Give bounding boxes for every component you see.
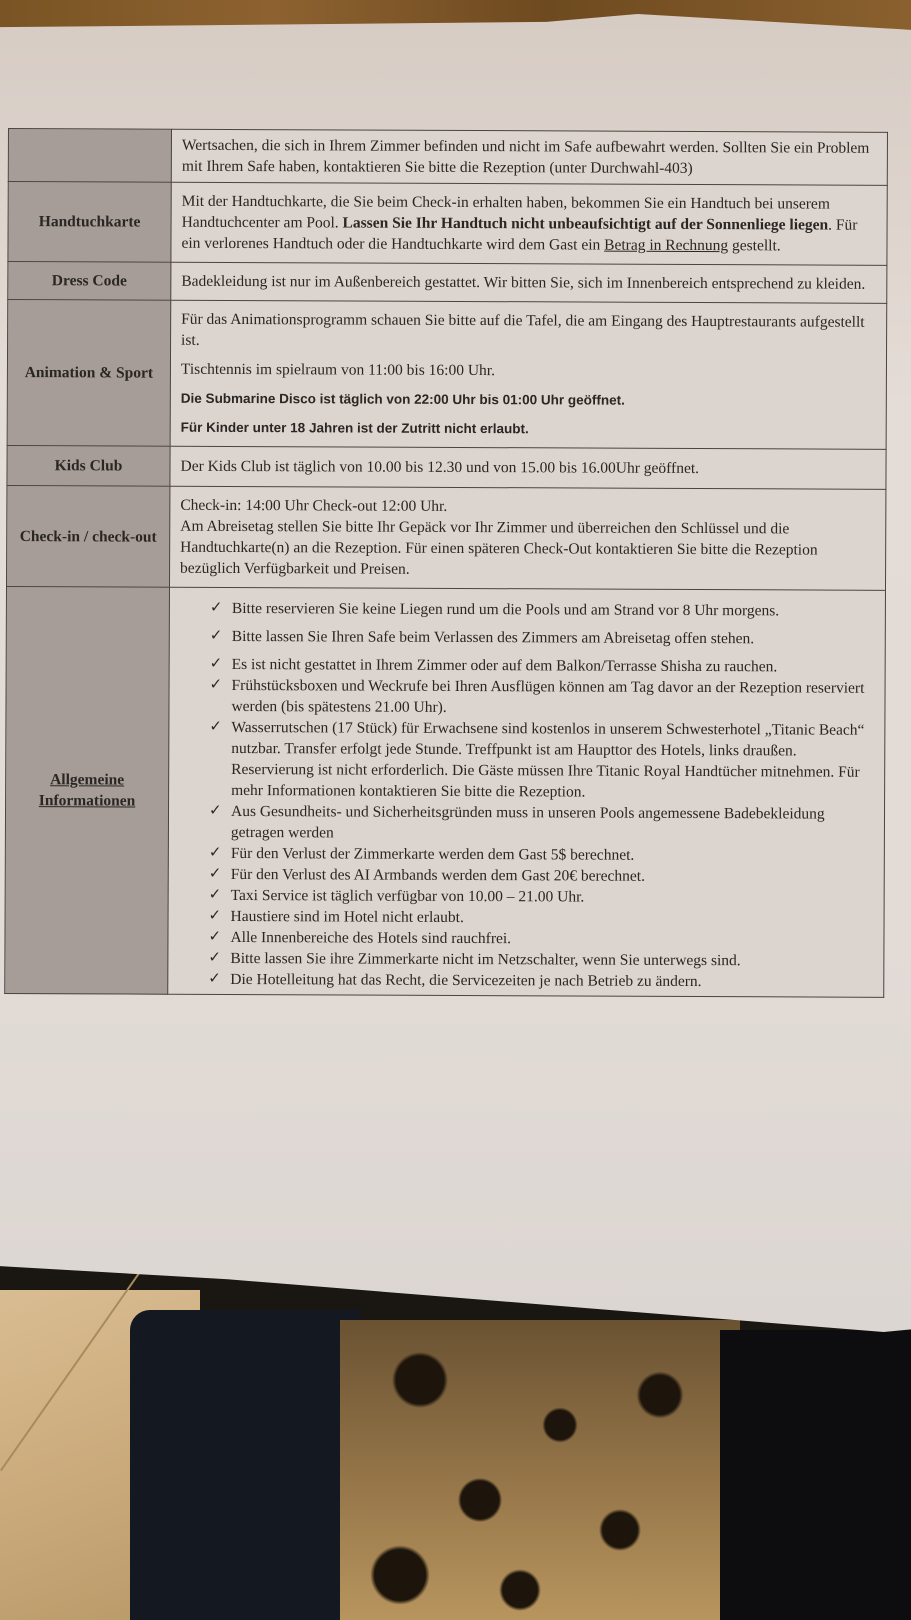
list-item-text: Frühstücksboxen und Weckrufe bei Ihren A… xyxy=(231,677,864,716)
row-content-check-in-out: Check-in: 14:00 Uhr Check-out 12:00 Uhr.… xyxy=(169,486,885,590)
list-item: ✓Frühstücksboxen und Weckrufe bei Ihren … xyxy=(209,675,874,720)
checkmark-icon: ✓ xyxy=(209,801,222,822)
checkmark-icon: ✓ xyxy=(209,864,222,885)
row-content-dress-code: Badekleidung ist nur im Außenbereich ges… xyxy=(171,262,887,303)
row-label-animation-sport: Animation & Sport xyxy=(7,300,171,447)
list-item-text: Haustiere sind im Hotel nicht erlaubt. xyxy=(231,908,464,926)
list-item: ✓Bitte lassen Sie Ihren Safe beim Verlas… xyxy=(210,626,875,650)
list-item-text: Es ist nicht gestattet in Ihrem Zimmer o… xyxy=(232,656,778,675)
animation-program-text: Für das Animationsprogramm schauen Sie b… xyxy=(181,309,876,354)
row-label-dress-code: Dress Code xyxy=(8,262,171,301)
row-label-handtuchkarte: Handtuchkarte xyxy=(8,182,171,263)
row-content-general-info: ✓Bitte reservieren Sie keine Liegen rund… xyxy=(168,587,886,997)
row-content-handtuchkarte: Mit der Handtuchkarte, die Sie beim Chec… xyxy=(171,182,887,265)
list-item: ✓Aus Gesundheits- und Sicherheitsgründen… xyxy=(209,801,874,846)
row-label-check-in-out: Check-in / check-out xyxy=(6,485,169,587)
list-item: ✓Taxi Service ist täglich verfügbar von … xyxy=(209,885,874,909)
list-item-text: Taxi Service ist täglich verfügbar von 1… xyxy=(231,887,585,906)
list-item-text: Bitte lassen Sie ihre Zimmerkarte nicht … xyxy=(230,950,740,969)
paper-sheet: Wertsachen, die sich in Ihrem Zimmer bef… xyxy=(0,14,911,1332)
list-item: ✓Für den Verlust des AI Armbands werden … xyxy=(209,864,874,888)
row-content-valuables: Wertsachen, die sich in Ihrem Zimmer bef… xyxy=(171,129,887,185)
disco-age-text: Für Kinder unter 18 Jahren ist der Zutri… xyxy=(181,417,876,441)
list-item: ✓Wasserrutschen (17 Stück) für Erwachsen… xyxy=(209,717,874,804)
checkmark-icon: ✓ xyxy=(209,843,222,864)
table-row-general-info: Allgemeine Informationen ✓Bitte reservie… xyxy=(5,586,886,997)
table-row-kids-club: Kids Club Der Kids Club ist täglich von … xyxy=(7,445,886,489)
checkmark-icon: ✓ xyxy=(209,906,222,927)
table-row-handtuchkarte: Handtuchkarte Mit der Handtuchkarte, die… xyxy=(8,182,887,266)
dark-clothing-background xyxy=(720,1330,911,1620)
general-info-list: ✓Bitte reservieren Sie keine Liegen rund… xyxy=(178,598,875,993)
list-item-text: Für den Verlust des AI Armbands werden d… xyxy=(231,866,645,885)
row-label-kids-club: Kids Club xyxy=(7,445,170,486)
checkmark-icon: ✓ xyxy=(209,885,222,906)
hotel-info-table: Wertsachen, die sich in Ihrem Zimmer bef… xyxy=(4,128,888,998)
checkmark-icon: ✓ xyxy=(209,717,222,738)
bold-warning: Lassen Sie Ihr Handtuch nicht unbeaufsic… xyxy=(343,214,829,233)
checkmark-icon: ✓ xyxy=(210,598,223,619)
table-row-dress-code: Dress Code Badekleidung ist nur im Außen… xyxy=(8,262,887,304)
list-item: ✓Alle Innenbereiche des Hotels sind rauc… xyxy=(208,927,873,951)
checkmark-icon: ✓ xyxy=(210,654,223,675)
leopard-print-background xyxy=(340,1320,740,1620)
list-item: ✓Haustiere sind im Hotel nicht erlaubt. xyxy=(209,906,874,930)
table-row-animation-sport: Animation & Sport Für das Animationsprog… xyxy=(7,300,887,450)
kids-club-text: Der Kids Club ist täglich von 10.00 bis … xyxy=(180,456,875,480)
check-out-instructions-text: Am Abreisetag stellen Sie bitte Ihr Gepä… xyxy=(180,516,875,582)
text-segment: gestellt. xyxy=(728,237,781,254)
list-item: ✓Bitte lassen Sie ihre Zimmerkarte nicht… xyxy=(208,948,873,972)
list-item: ✓Die Hotelleitung hat das Recht, die Ser… xyxy=(208,969,873,993)
list-item: ✓Für den Verlust der Zimmerkarte werden … xyxy=(209,843,874,867)
list-item: ✓Es ist nicht gestattet in Ihrem Zimmer … xyxy=(210,654,875,678)
list-item-text: Alle Innenbereiche des Hotels sind rauch… xyxy=(230,929,511,947)
list-item-text: Bitte reservieren Sie keine Liegen rund … xyxy=(232,600,779,619)
row-content-kids-club: Der Kids Club ist täglich von 10.00 bis … xyxy=(170,446,886,489)
table-tennis-text: Tischtennis im spielraum von 11:00 bis 1… xyxy=(181,359,876,383)
dark-trousers-background xyxy=(130,1310,360,1620)
checkmark-icon: ✓ xyxy=(208,927,221,948)
checkmark-icon: ✓ xyxy=(210,626,223,647)
valuables-text: Wertsachen, die sich in Ihrem Zimmer bef… xyxy=(182,135,877,180)
list-item-text: Für den Verlust der Zimmerkarte werden d… xyxy=(231,845,635,864)
row-label-empty xyxy=(8,129,171,183)
underlined-charge: Betrag in Rechnung xyxy=(604,237,728,255)
list-item-text: Bitte lassen Sie Ihren Safe beim Verlass… xyxy=(232,628,754,647)
checkmark-icon: ✓ xyxy=(210,675,223,696)
table-row-valuables: Wertsachen, die sich in Ihrem Zimmer bef… xyxy=(8,129,887,186)
disco-hours-text: Die Submarine Disco ist täglich von 22:0… xyxy=(181,388,876,412)
check-in-times-text: Check-in: 14:00 Uhr Check-out 12:00 Uhr. xyxy=(180,495,875,519)
list-item-text: Aus Gesundheits- und Sicherheitsgründen … xyxy=(231,803,825,841)
list-item-text: Wasserrutschen (17 Stück) für Erwachsene… xyxy=(231,719,864,801)
checkmark-icon: ✓ xyxy=(208,948,221,969)
list-item: ✓Bitte reservieren Sie keine Liegen rund… xyxy=(210,598,875,622)
dress-code-text: Badekleidung ist nur im Außenbereich ges… xyxy=(181,271,876,295)
row-content-animation-sport: Für das Animationsprogramm schauen Sie b… xyxy=(170,300,887,449)
general-info-heading: Allgemeine Informationen xyxy=(39,771,136,809)
handtuchkarte-text: Mit der Handtuchkarte, die Sie beim Chec… xyxy=(181,191,876,257)
checkmark-icon: ✓ xyxy=(208,969,221,990)
table-row-check-in-out: Check-in / check-out Check-in: 14:00 Uhr… xyxy=(6,485,885,590)
row-label-general-info: Allgemeine Informationen xyxy=(5,586,170,994)
list-item-text: Die Hotelleitung hat das Recht, die Serv… xyxy=(230,971,701,990)
